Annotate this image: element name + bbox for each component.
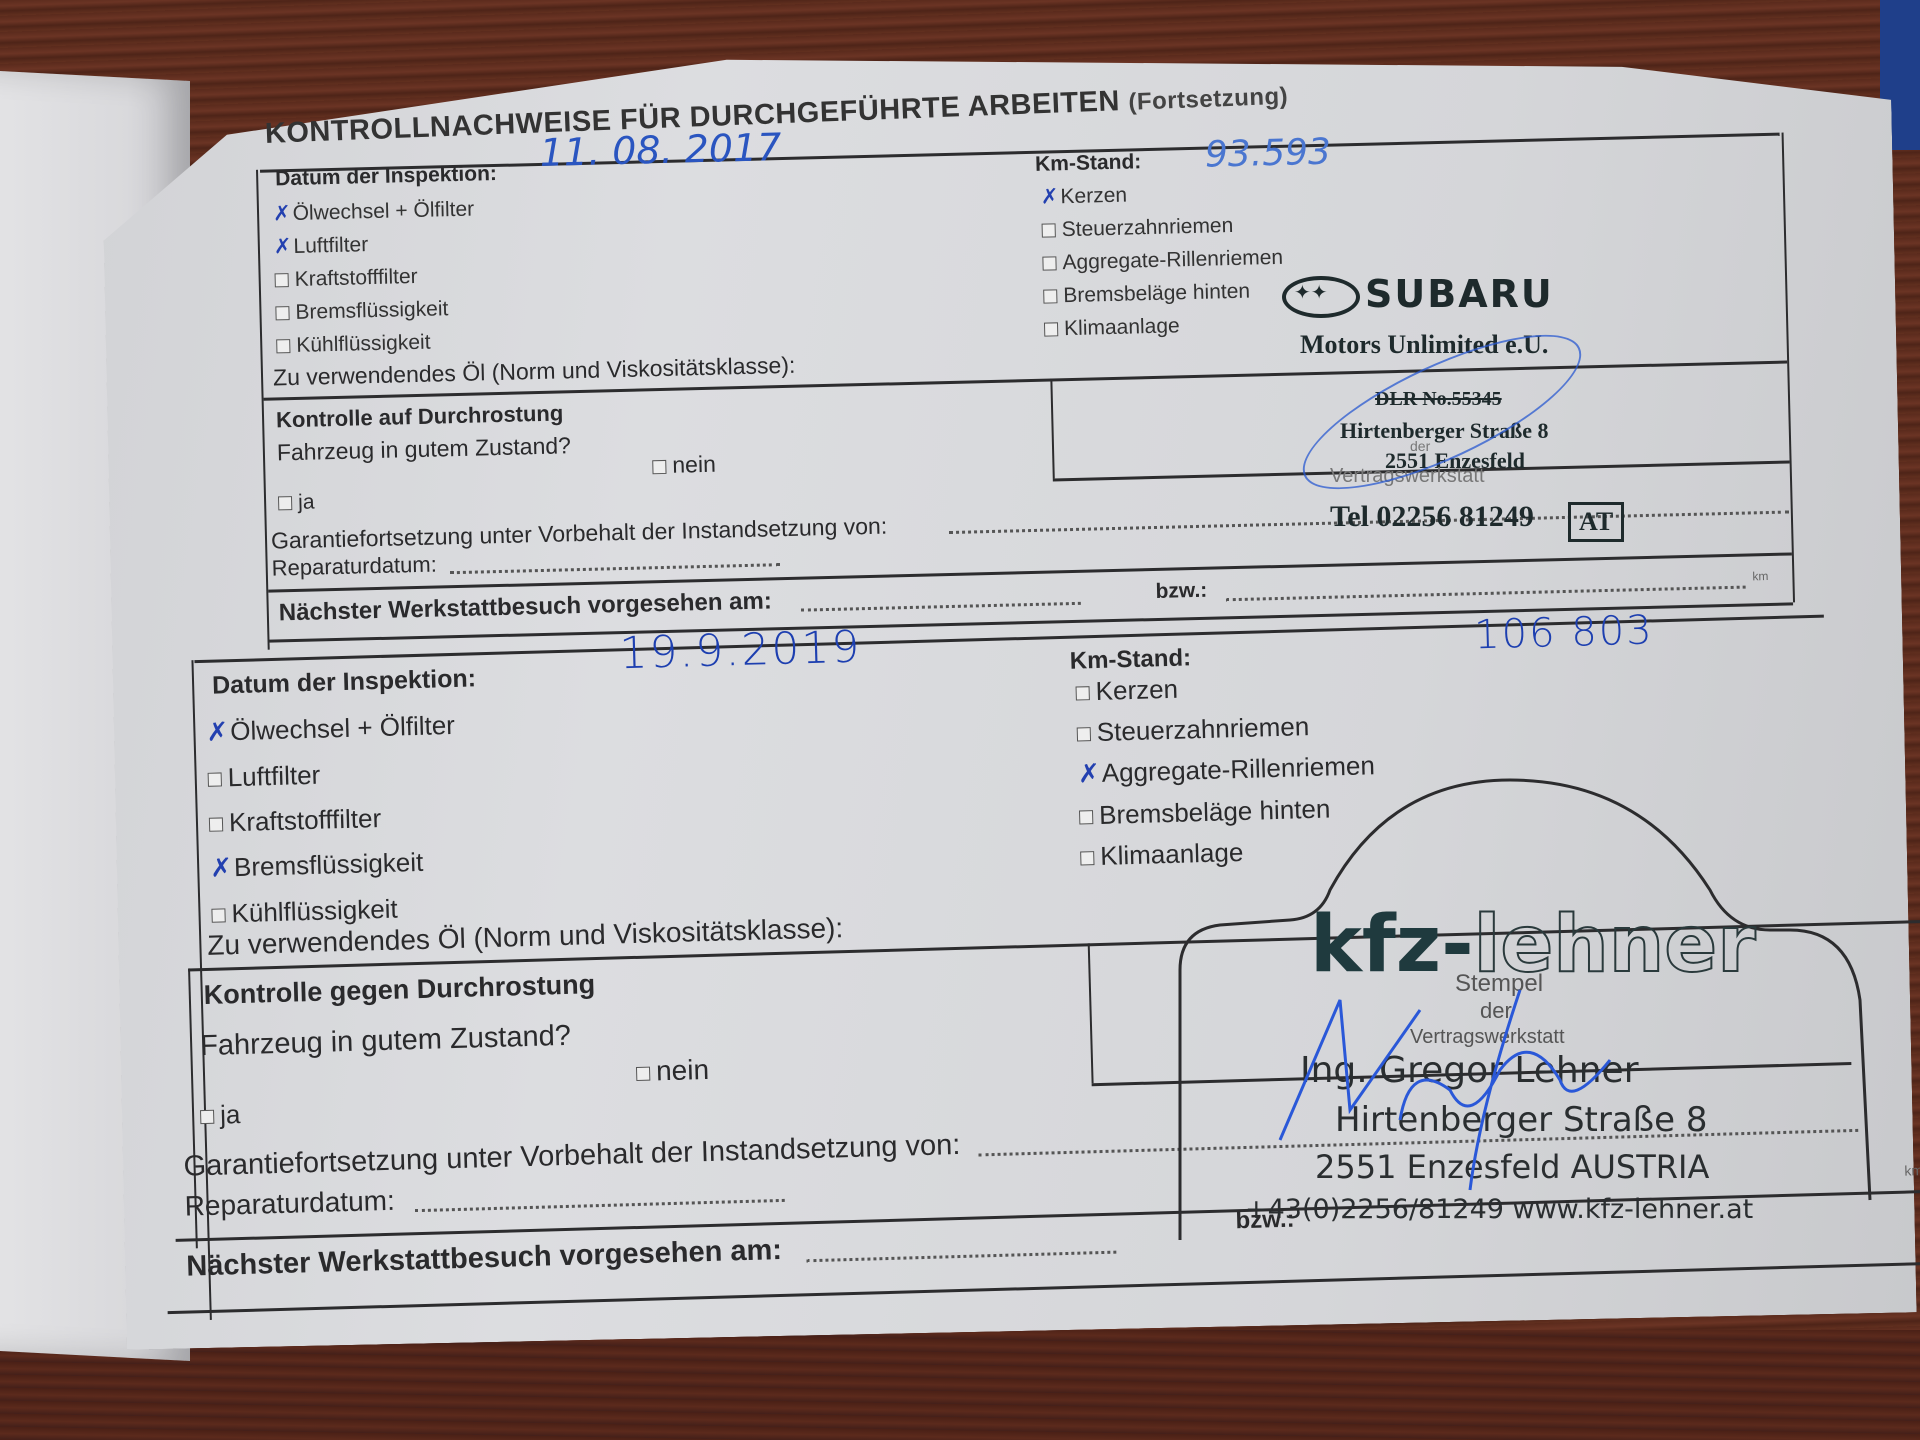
checklist-item[interactable]: Kraftstofffilter bbox=[208, 794, 458, 846]
checkbox-icon bbox=[1076, 686, 1090, 700]
entry-2-warranty-label: Garantiefortsetzung unter Vorbehalt der … bbox=[183, 1129, 961, 1184]
checkbox-icon bbox=[1079, 810, 1093, 824]
checkbox-icon bbox=[208, 773, 222, 787]
entry-2-km-unit: km bbox=[1904, 1162, 1920, 1179]
entry-2-km-value[interactable]: 106 803 bbox=[1474, 607, 1655, 658]
entry-2-no-option[interactable]: nein bbox=[636, 1054, 710, 1088]
checkbox-icon bbox=[200, 1110, 214, 1124]
entry-2-condition-question: Fahrzeug in gutem Zustand? bbox=[200, 1020, 572, 1063]
x-check-icon: ✗ bbox=[206, 710, 229, 756]
x-check-icon: ✗ bbox=[1077, 754, 1100, 796]
entry-2-repair-date-field[interactable] bbox=[415, 1199, 785, 1212]
entry-2-next-visit-label: Nächster Werkstattbesuch vorgesehen am: bbox=[186, 1234, 782, 1284]
checklist-item[interactable]: Luftfilter bbox=[207, 749, 457, 801]
checkbox-icon bbox=[1077, 727, 1091, 741]
entry-2-next-visit-field[interactable] bbox=[806, 1251, 1116, 1263]
entry-2-rust-title: Kontrolle gegen Durchrostung bbox=[203, 969, 595, 1011]
entry-2-date-label: Datum der Inspektion: bbox=[212, 664, 477, 700]
checkbox-icon bbox=[209, 818, 223, 832]
entry-2-yes-option[interactable]: ja bbox=[200, 1099, 241, 1131]
entry-2-repair-date-label: Reparaturdatum: bbox=[184, 1185, 395, 1223]
entry-2-date-value[interactable]: 19.9.2019 bbox=[619, 622, 862, 680]
checklist-item[interactable]: ✗Bremsflüssigkeit bbox=[210, 839, 460, 892]
checkbox-icon bbox=[211, 909, 225, 923]
signature-mark bbox=[1270, 970, 1690, 1230]
checkbox-icon bbox=[636, 1066, 650, 1080]
checklist-item[interactable]: ✗Ölwechsel + Ölfilter bbox=[206, 703, 456, 756]
checkbox-icon bbox=[1080, 851, 1094, 865]
x-check-icon: ✗ bbox=[210, 846, 233, 892]
service-record-sheet: KONTROLLNACHWEISE FÜR DURCHGEFÜHRTE ARBE… bbox=[0, 0, 1920, 1440]
entry-2-left-checklist: ✗Ölwechsel + Ölfilter Luftfilter Kraftst… bbox=[206, 703, 461, 937]
entry-2-dealer-stamp: kfz-lehner Stempel der Vertragswerkstatt… bbox=[1170, 770, 1890, 1240]
